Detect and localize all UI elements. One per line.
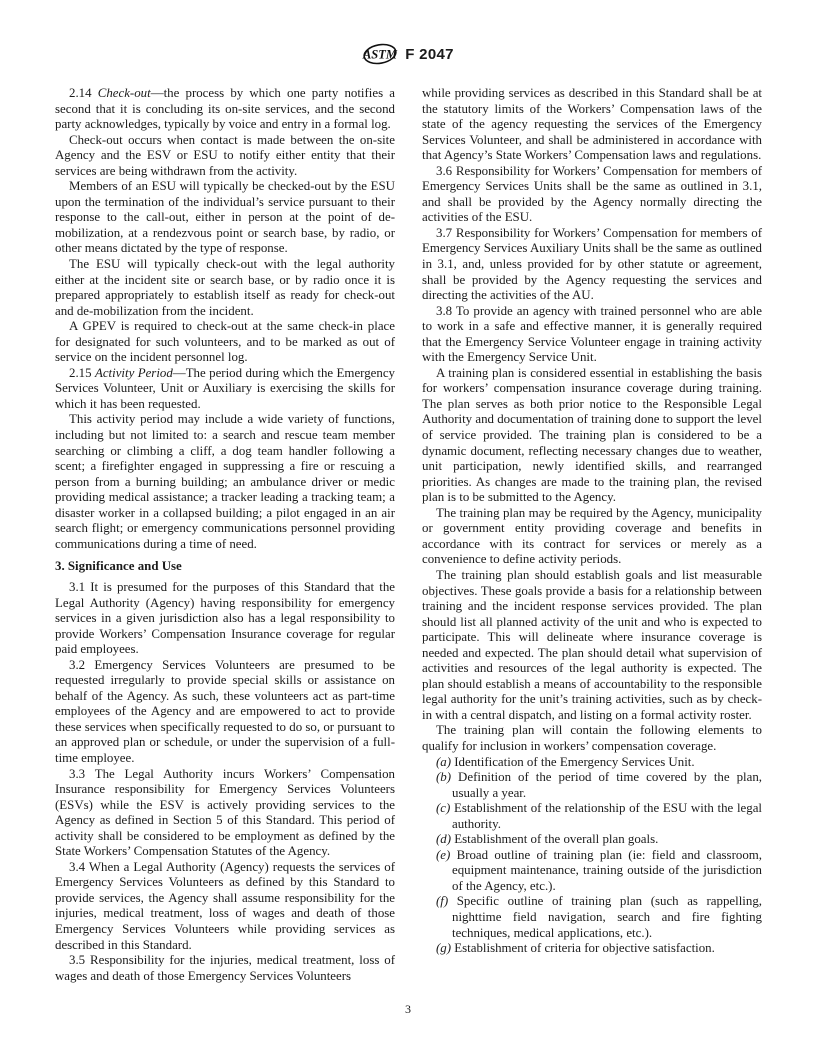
document-page: ASTM F 2047 2.14 Check-out—the process b… [0, 0, 816, 1056]
list-text: Specific outline of training plan (such … [452, 894, 762, 939]
astm-logo-icon: ASTM [362, 42, 398, 66]
two-column-body: 2.14 Check-out—the process by which one … [55, 86, 762, 984]
paragraph: 3.7 Responsibility for Workers’ Compensa… [422, 226, 762, 304]
paragraph: The training plan will contain the follo… [422, 723, 762, 754]
svg-text:ASTM: ASTM [362, 48, 398, 62]
list-text: Definition of the period of time covered… [452, 770, 762, 800]
section-number: 2.15 [69, 366, 95, 380]
list-item: (g) Establishment of criteria for object… [422, 941, 762, 957]
list-marker: (a) [436, 755, 454, 769]
list-text: Establishment of criteria for objective … [454, 941, 715, 955]
document-header: ASTM F 2047 [0, 42, 816, 66]
paragraph: The training plan may be required by the… [422, 506, 762, 568]
list-marker: (c) [436, 801, 454, 815]
list-item: (f) Specific outline of training plan (s… [422, 894, 762, 941]
paragraph: Members of an ESU will typically be chec… [55, 179, 395, 257]
defined-term: Activity Period [95, 366, 173, 380]
doc-number: F 2047 [405, 46, 454, 63]
paragraph: A GPEV is required to check-out at the s… [55, 319, 395, 366]
page-number: 3 [0, 1002, 816, 1017]
list-text: Identification of the Emergency Services… [454, 755, 694, 769]
paragraph: The ESU will typically check-out with th… [55, 257, 395, 319]
list-marker: (f) [436, 894, 457, 908]
section-heading: 3. Significance and Use [55, 559, 395, 575]
list-marker: (e) [436, 848, 457, 862]
list-item: (b) Definition of the period of time cov… [422, 770, 762, 801]
section-number: 2.14 [69, 86, 98, 100]
paragraph: 3.3 The Legal Authority incurs Workers’ … [55, 767, 395, 860]
paragraph: This activity period may include a wide … [55, 412, 395, 552]
paragraph: 3.1 It is presumed for the purposes of t… [55, 580, 395, 658]
list-item: (e) Broad outline of training plan (ie: … [422, 848, 762, 895]
list-item: (d) Establishment of the overall plan go… [422, 832, 762, 848]
paragraph: 3.5 Responsibility for the injuries, med… [55, 953, 395, 984]
list-marker: (b) [436, 770, 458, 784]
paragraph: Check-out occurs when contact is made be… [55, 133, 395, 180]
list-item: (a) Identification of the Emergency Serv… [422, 755, 762, 771]
defined-term: Check-out [98, 86, 151, 100]
paragraph-2-14: 2.14 Check-out—the process by which one … [55, 86, 395, 133]
paragraph: 3.8 To provide an agency with trained pe… [422, 304, 762, 366]
paragraph: A training plan is considered essential … [422, 366, 762, 506]
left-column: 2.14 Check-out—the process by which one … [55, 86, 395, 984]
paragraph-continuation: while providing services as described in… [422, 86, 762, 164]
paragraph: 3.4 When a Legal Authority (Agency) requ… [55, 860, 395, 953]
list-text: Establishment of the relationship of the… [452, 801, 762, 831]
paragraph: 3.6 Responsibility for Workers’ Compensa… [422, 164, 762, 226]
list-item: (c) Establishment of the relationship of… [422, 801, 762, 832]
paragraph: The training plan should establish goals… [422, 568, 762, 723]
right-column: while providing services as described in… [422, 86, 762, 984]
list-text: Establishment of the overall plan goals. [454, 832, 658, 846]
paragraph-2-15: 2.15 Activity Period—The period during w… [55, 366, 395, 413]
list-marker: (g) [436, 941, 454, 955]
list-marker: (d) [436, 832, 454, 846]
list-text: Broad outline of training plan (ie: fiel… [452, 848, 762, 893]
paragraph: 3.2 Emergency Services Volunteers are pr… [55, 658, 395, 767]
